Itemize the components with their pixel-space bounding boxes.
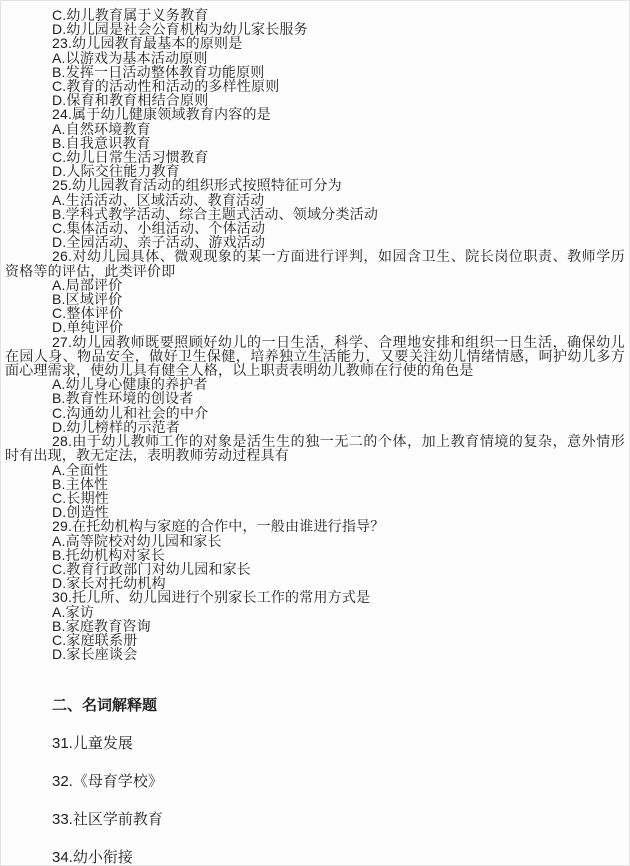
definitions-section: 二、名词解释题 31.儿童发展 32.《母育学校》 33.社区学前教育 34.幼… [5, 697, 625, 866]
q23-stem: 23.幼儿园教育最基本的原则是 [5, 36, 625, 50]
q27-option-a: A.幼儿身心健康的养护者 [5, 377, 625, 391]
q30-option-b: B.家庭教育咨询 [5, 619, 625, 633]
term-31: 31.儿童发展 [5, 735, 625, 752]
q29-stem: 29.在托幼机构与家庭的合作中，一般由谁进行指导？ [5, 519, 625, 533]
q27-option-d: D.幼儿榜样的示范者 [5, 420, 625, 434]
q28-stem: 28.由于幼儿教师工作的对象是活生生的独一无二的个体，加上教育情境的复杂，意外情… [5, 434, 625, 462]
q26-option-b: B.区域评价 [5, 292, 625, 306]
q25-stem: 25.幼儿园教育活动的组织形式按照特征可分为 [5, 178, 625, 192]
q28-option-b: B.主体性 [5, 477, 625, 491]
q25-option-c: C.集体活动、小组活动、个体活动 [5, 221, 625, 235]
q26-option-a: A.局部评价 [5, 278, 625, 292]
q27-option-c: C.沟通幼儿和社会的中介 [5, 406, 625, 420]
q23-option-b: B.发挥一日活动整体教育功能原则 [5, 65, 625, 79]
q27-option-b: B.教育性环境的创设者 [5, 391, 625, 405]
q29-option-a: A.高等院校对幼儿园和家长 [5, 534, 625, 548]
term-34: 34.幼小衔接 [5, 849, 625, 866]
q24-option-c: C.幼儿日常生活习惯教育 [5, 150, 625, 164]
q30-stem: 30.托儿所、幼儿园进行个别家长工作的常用方式是 [5, 590, 625, 604]
definitions-section-heading: 二、名词解释题 [5, 697, 625, 714]
q30-option-a: A.家访 [5, 605, 625, 619]
exam-document: C.幼儿教育属于义务教育 D.幼儿园是社会公育机构为幼儿家长服务 23.幼儿园教… [0, 0, 630, 866]
q22-option-d: D.幼儿园是社会公育机构为幼儿家长服务 [5, 22, 625, 36]
q22-option-c: C.幼儿教育属于义务教育 [5, 8, 625, 22]
q28-option-d: D.创造性 [5, 505, 625, 519]
q29-option-b: B.托幼机构对家长 [5, 548, 625, 562]
q26-option-c: C.整体评价 [5, 306, 625, 320]
q30-option-c: C.家庭联系册 [5, 633, 625, 647]
q29-option-d: D.家长对托幼机构 [5, 576, 625, 590]
q24-stem: 24.属于幼儿健康领域教育内容的是 [5, 107, 625, 121]
q23-option-a: A.以游戏为基本活动原则 [5, 51, 625, 65]
q26-option-d: D.单纯评价 [5, 320, 625, 334]
q23-option-d: D.保育和教育相结合原则 [5, 93, 625, 107]
q24-option-a: A.自然环境教育 [5, 122, 625, 136]
q26-stem: 26.对幼儿园具体、微观现象的某一方面进行评判，如园含卫生、院长岗位职责、教师学… [5, 249, 625, 277]
scanned-exam-page: { "page": { "background": "#fdfdfd", "te… [0, 0, 630, 866]
q28-option-c: C.长期性 [5, 491, 625, 505]
term-33: 33.社区学前教育 [5, 811, 625, 828]
q24-option-d: D.人际交往能力教育 [5, 164, 625, 178]
q23-option-c: C.教育的活动性和活动的多样性原则 [5, 79, 625, 93]
q24-option-b: B.自我意识教育 [5, 136, 625, 150]
q25-option-d: D.全园活动、亲子活动、游戏活动 [5, 235, 625, 249]
q27-stem: 27.幼儿园教师既要照顾好幼儿的一日生活，科学、合理地安排和组织一日生活，确保幼… [5, 335, 625, 378]
q28-option-a: A.全面性 [5, 463, 625, 477]
q25-option-a: A.生活活动、区域活动、教育活动 [5, 193, 625, 207]
q30-option-d: D.家长座谈会 [5, 647, 625, 661]
q25-option-b: B.学科式教学活动、综合主题式活动、领域分类活动 [5, 207, 625, 221]
term-32: 32.《母育学校》 [5, 773, 625, 790]
q29-option-c: C.教育行政部门对幼儿园和家长 [5, 562, 625, 576]
multiple-choice-section: C.幼儿教育属于义务教育 D.幼儿园是社会公育机构为幼儿家长服务 23.幼儿园教… [5, 8, 625, 661]
